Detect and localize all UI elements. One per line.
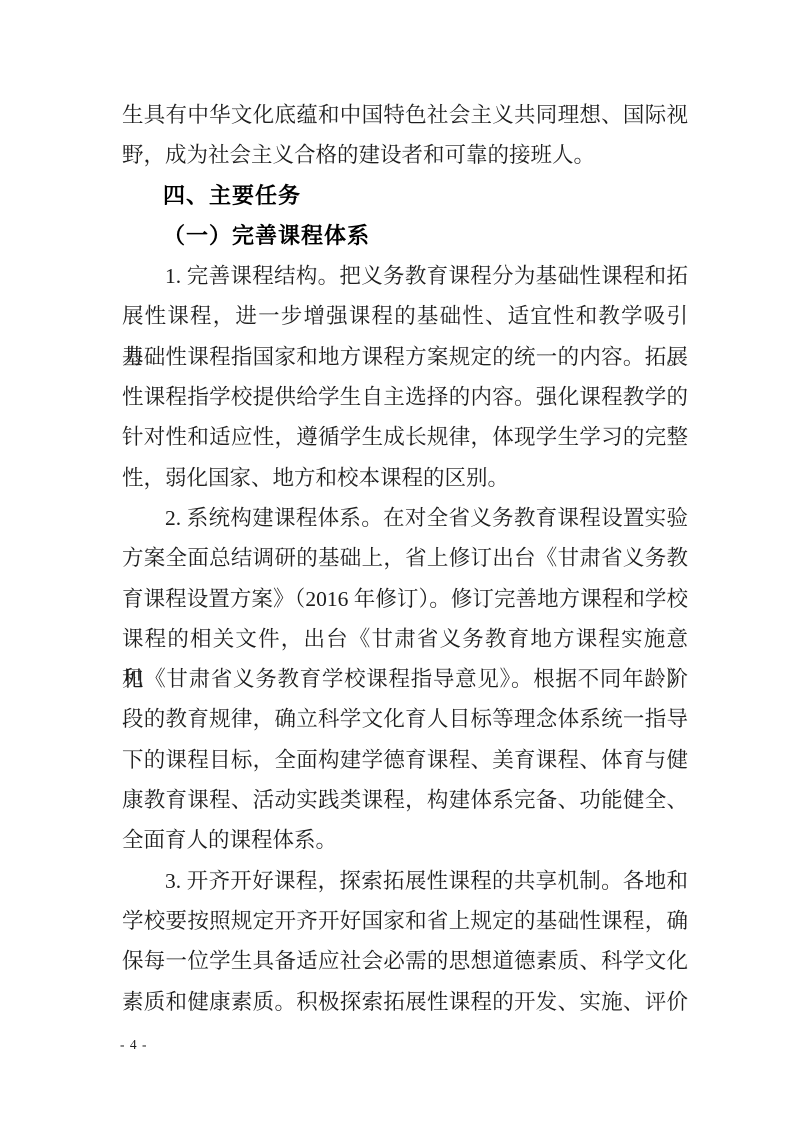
text-line: 方案全面总结调研的基础上，省上修订出台《甘肃省义务教 bbox=[122, 538, 688, 578]
section-heading: 四、主要任务 bbox=[122, 176, 688, 216]
text-line: 3. 开齐开好课程，探索拓展性课程的共享机制。各地和 bbox=[122, 861, 688, 901]
text-line: 学校要按照规定开齐开好国家和省上规定的基础性课程，确 bbox=[122, 901, 688, 941]
text-line: 展性课程，进一步增强课程的基础性、适宜性和教学吸引力。 bbox=[122, 296, 688, 336]
text-line: 性，弱化国家、地方和校本课程的区别。 bbox=[122, 458, 688, 498]
document-page: 生具有中华文化底蕴和中国特色社会主义共同理想、国际视野，成为社会主义合格的建设者… bbox=[0, 0, 793, 1122]
text-line: 生具有中华文化底蕴和中国特色社会主义共同理想、国际视 bbox=[122, 95, 688, 135]
text-line: 课程的相关文件，出台《甘肃省义务教育地方课程实施意见》 bbox=[122, 619, 688, 659]
text-line: 素质和健康素质。积极探索拓展性课程的开发、实施、评价 bbox=[122, 982, 688, 1022]
text-line: 2. 系统构建课程体系。在对全省义务教育课程设置实验 bbox=[122, 498, 688, 538]
text-line: 野，成为社会主义合格的建设者和可靠的接班人。 bbox=[122, 135, 688, 175]
document-content: 生具有中华文化底蕴和中国特色社会主义共同理想、国际视野，成为社会主义合格的建设者… bbox=[122, 95, 688, 1022]
text-line: 段的教育规律，确立科学文化育人目标等理念体系统一指导 bbox=[122, 699, 688, 739]
text-line: 基础性课程指国家和地方课程方案规定的统一的内容。拓展 bbox=[122, 337, 688, 377]
text-line: 康教育课程、活动实践类课程，构建体系完备、功能健全、 bbox=[122, 780, 688, 820]
text-line: 1. 完善课程结构。把义务教育课程分为基础性课程和拓 bbox=[122, 256, 688, 296]
text-line: 针对性和适应性，遵循学生成长规律，体现学生学习的完整 bbox=[122, 417, 688, 457]
text-line: 和《甘肃省义务教育学校课程指导意见》。根据不同年龄阶 bbox=[122, 659, 688, 699]
text-line: 保每一位学生具备适应社会必需的思想道德素质、科学文化 bbox=[122, 941, 688, 981]
page-number: - 4 - bbox=[120, 1037, 148, 1053]
text-line: 全面育人的课程体系。 bbox=[122, 820, 688, 860]
text-line: 性课程指学校提供给学生自主选择的内容。强化课程教学的 bbox=[122, 377, 688, 417]
subsection-heading: （一）完善课程体系 bbox=[122, 216, 688, 256]
text-line: 育课程设置方案》（2016 年修订）。修订完善地方课程和学校 bbox=[122, 579, 688, 619]
text-line: 下的课程目标，全面构建学德育课程、美育课程、体育与健 bbox=[122, 740, 688, 780]
